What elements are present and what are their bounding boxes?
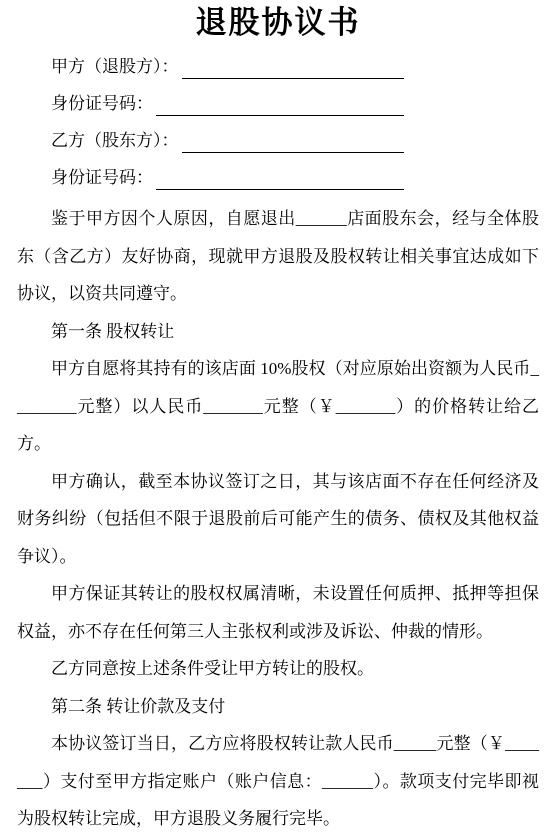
paragraph-no-dispute: 甲方确认，截至本协议签订之日，其与该店面不存在任何经济及财务纠纷（包括但不限于退…	[17, 463, 539, 576]
section-heading-2: 第二条 转让价款及支付	[17, 688, 539, 726]
field-party-a-blank-line	[182, 78, 405, 79]
field-party-b-label: 乙方（股东方）：	[51, 122, 179, 159]
party-fields: 甲方（退股方）： 身份证号码： 乙方（股东方）： 身份证号码：	[17, 48, 539, 196]
paragraph-transfer-terms: 甲方自愿将其持有的该店面 10%股权（对应原始出资额为人民币________元整…	[17, 350, 539, 463]
field-party-a-id-label: 身份证号码：	[51, 85, 153, 122]
field-party-b-blank-line	[182, 152, 405, 153]
field-party-b-id-blank-line	[156, 189, 404, 190]
field-party-b-id-label: 身份证号码：	[51, 159, 153, 196]
field-party-a-id: 身份证号码：	[17, 85, 404, 122]
field-party-b-id: 身份证号码：	[17, 159, 404, 196]
paragraph-clear-title: 甲方保证其转让的股权权属清晰，未设置任何质押、抵押等担保权益，亦不存在任何第三人…	[17, 575, 539, 650]
paragraph-payment-terms: 本协议签订当日，乙方应将股权转让款人民币_____元整（￥_______）支付至…	[17, 725, 539, 832]
document-page: 退股协议书 甲方（退股方）： 身份证号码： 乙方（股东方）： 身份证号码： 鉴于…	[0, 0, 556, 832]
paragraph-preamble: 鉴于甲方因个人原因，自愿退出______店面股东会，经与全体股东（含乙方）友好协…	[17, 200, 539, 313]
paragraph-party-b-accept: 乙方同意按上述条件受让甲方转让的股权。	[17, 650, 539, 688]
section-heading-1: 第一条 股权转让	[17, 313, 539, 351]
field-party-a-label: 甲方（退股方）：	[51, 48, 179, 85]
field-party-b: 乙方（股东方）：	[17, 122, 404, 159]
document-title: 退股协议书	[17, 2, 539, 44]
document-body: 鉴于甲方因个人原因，自愿退出______店面股东会，经与全体股东（含乙方）友好协…	[17, 200, 539, 832]
field-party-a: 甲方（退股方）：	[17, 48, 404, 85]
field-party-a-id-blank-line	[156, 115, 404, 116]
